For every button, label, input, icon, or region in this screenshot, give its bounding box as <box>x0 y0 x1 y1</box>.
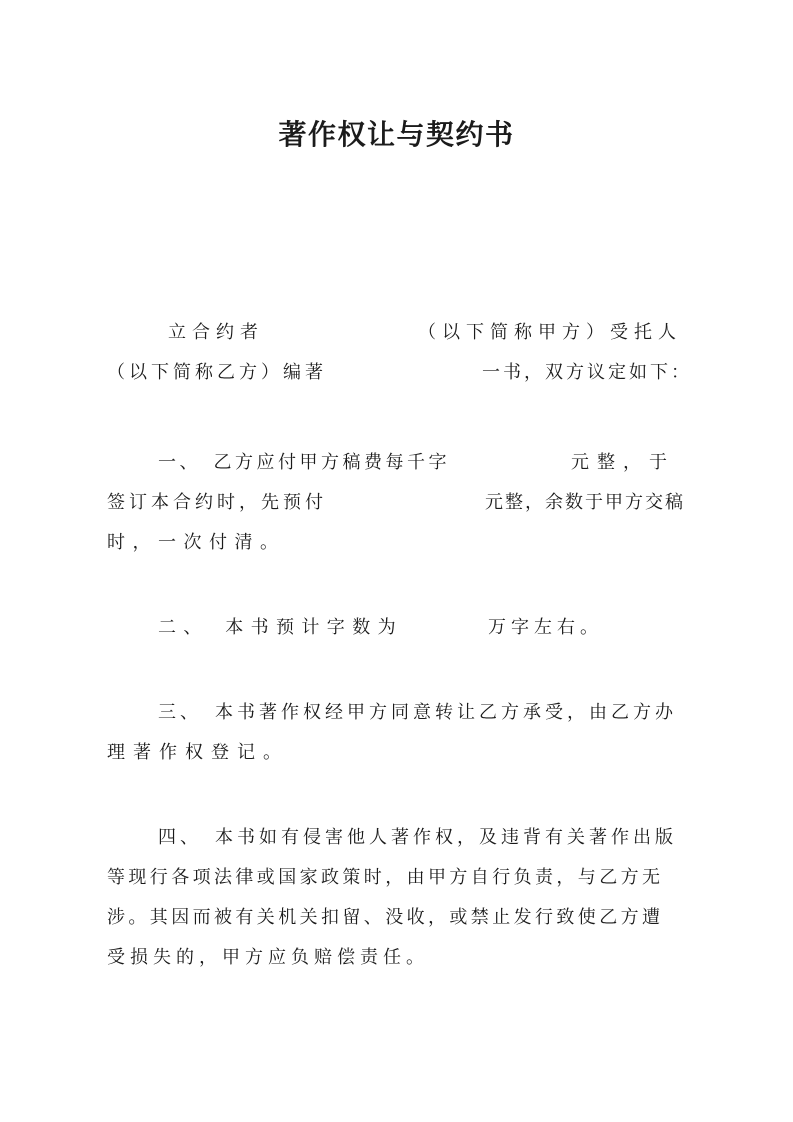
clause-2-text: 二、 本书预计字数为 <box>158 608 403 648</box>
first-line-indent <box>107 818 158 819</box>
clause-4-text: 涉。其因而被有关机关扣留、没收，或禁止发行致使乙方遭 <box>107 898 663 938</box>
first-line-indent <box>107 443 158 444</box>
text-line: 一、 乙方应付甲方稿费每千字元整，于 <box>107 443 747 483</box>
text-line: 立合约者（以下简称甲方）受托人 <box>107 313 747 353</box>
first-line-indent <box>107 313 168 314</box>
opening-text: （以下简称乙方）编著 <box>107 353 327 393</box>
clause-1-text: 元整，余数于甲方交稿 <box>485 483 685 523</box>
text-line: 理著作权登记。 <box>107 733 747 773</box>
text-line: 等现行各项法律或国家政策时，由甲方自行负责，与乙方无 <box>107 858 747 898</box>
text-line: 时，一次付清。 <box>107 523 747 563</box>
opening-text: （以下简称甲方）受托人 <box>418 313 682 353</box>
clause-1-text: 一、 乙方应付甲方稿费每千字 <box>158 443 450 483</box>
first-line-indent <box>107 693 158 694</box>
clause-3-text: 理著作权登记。 <box>107 733 289 773</box>
clause-2-text: 万字左右。 <box>488 608 603 648</box>
paragraph-clause-1: 一、 乙方应付甲方稿费每千字元整，于 签订本合约时，先预付元整，余数于甲方交稿 … <box>107 443 747 563</box>
clause-4-text: 受损失的，甲方应负赔偿责任。 <box>107 938 429 978</box>
text-line: （以下简称乙方）编著一书，双方议定如下： <box>107 353 747 393</box>
blank-word-count[interactable] <box>403 608 488 609</box>
clause-3-text: 三、 本书著作权经甲方同意转让乙方承受，由乙方办 <box>158 693 677 733</box>
text-line: 二、 本书预计字数为万字左右。 <box>107 608 747 648</box>
document-body: 立合约者（以下简称甲方）受托人 （以下简称乙方）编著一书，双方议定如下： 一、 … <box>107 313 747 978</box>
opening-text: 立合约者 <box>168 313 264 353</box>
document-page: 著作权让与契约书 立合约者（以下简称甲方）受托人 （以下简称乙方）编著一书，双方… <box>0 0 793 1122</box>
text-line: 受损失的，甲方应负赔偿责任。 <box>107 938 747 978</box>
blank-prepaid-amount[interactable] <box>327 483 485 484</box>
text-line: 四、 本书如有侵害他人著作权，及违背有关著作出版 <box>107 818 747 858</box>
clause-1-text: 时，一次付清。 <box>107 523 286 563</box>
text-line: 三、 本书著作权经甲方同意转让乙方承受，由乙方办 <box>107 693 747 733</box>
opening-text: 一书，双方议定如下： <box>482 353 692 393</box>
clause-1-text: 元整，于 <box>571 443 675 483</box>
blank-fee-per-thousand[interactable] <box>450 443 571 444</box>
clause-4-text: 等现行各项法律或国家政策时，由甲方自行负责，与乙方无 <box>107 858 663 898</box>
clause-1-text: 签订本合约时，先预付 <box>107 483 327 523</box>
first-line-indent <box>107 608 158 609</box>
text-line: 涉。其因而被有关机关扣留、没收，或禁止发行致使乙方遭 <box>107 898 747 938</box>
paragraph-clause-3: 三、 本书著作权经甲方同意转让乙方承受，由乙方办 理著作权登记。 <box>107 693 747 773</box>
blank-party-a-name[interactable] <box>264 313 418 314</box>
clause-4-text: 四、 本书如有侵害他人著作权，及违背有关著作出版 <box>158 818 677 858</box>
paragraph-clause-4: 四、 本书如有侵害他人著作权，及违背有关著作出版 等现行各项法律或国家政策时，由… <box>107 818 747 978</box>
paragraph-clause-2: 二、 本书预计字数为万字左右。 <box>107 608 747 648</box>
document-title: 著作权让与契约书 <box>0 114 793 156</box>
paragraph-opening: 立合约者（以下简称甲方）受托人 （以下简称乙方）编著一书，双方议定如下： <box>107 313 747 393</box>
text-line: 签订本合约时，先预付元整，余数于甲方交稿 <box>107 483 747 523</box>
blank-book-title[interactable] <box>327 353 482 354</box>
